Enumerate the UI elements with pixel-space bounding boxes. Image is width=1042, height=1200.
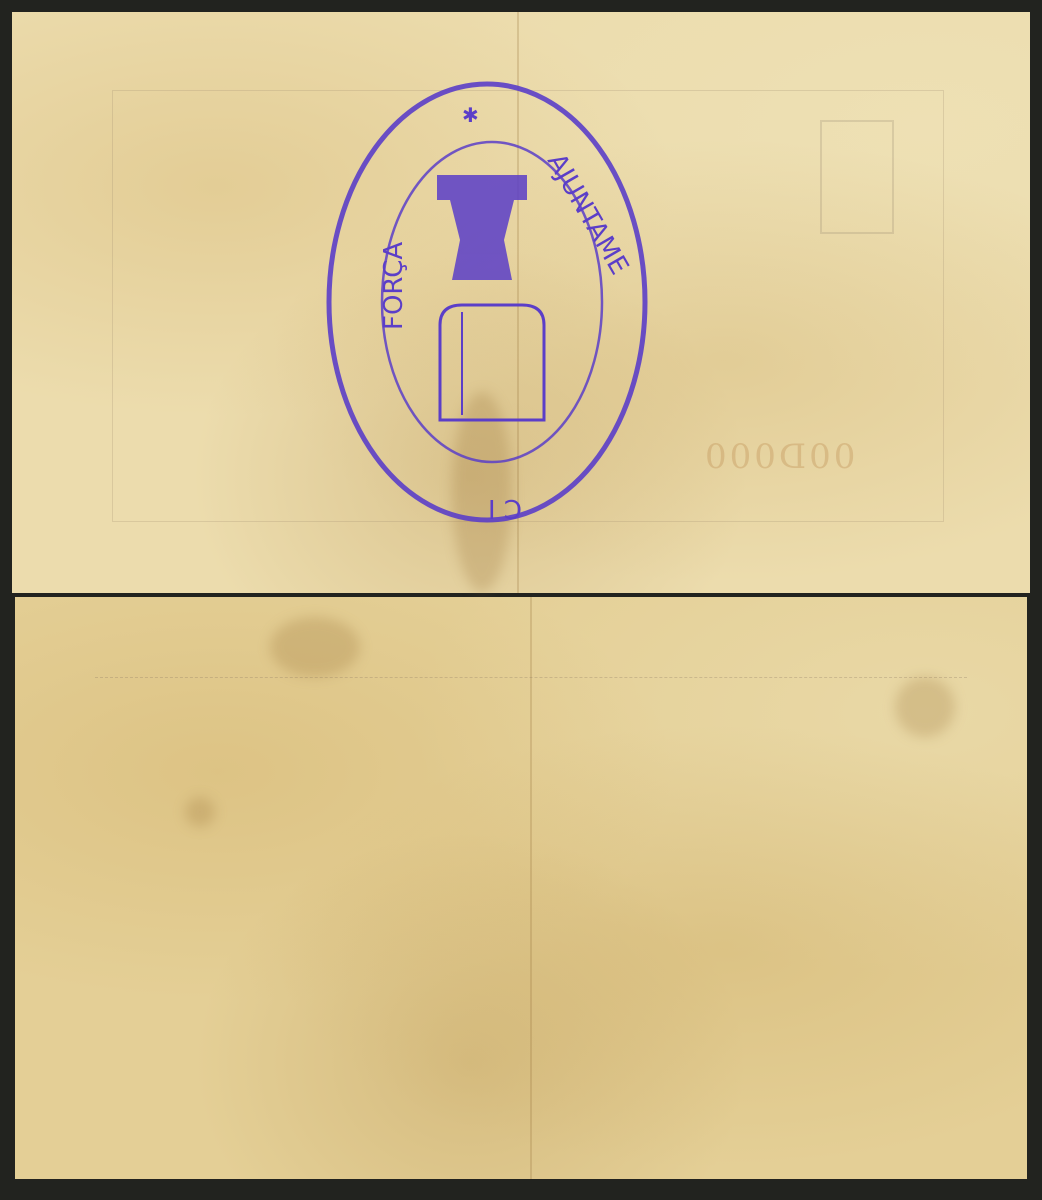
faint-print-line xyxy=(95,677,967,679)
banknote-back xyxy=(15,597,1027,1179)
stamp-text-right: AJUNTAME xyxy=(541,149,634,280)
shield-icon xyxy=(440,305,544,420)
stain xyxy=(270,617,360,677)
stamp-text-left: FORÇA xyxy=(379,242,409,330)
fold-line xyxy=(530,597,532,1179)
denomination-showthrough xyxy=(820,120,894,234)
serial-number-showthrough: 00D000 xyxy=(702,437,855,477)
stamp-text-bottom: C I xyxy=(488,493,522,523)
municipal-stamp: ✱ AJUNTAME FORÇA C I xyxy=(322,80,652,527)
stain xyxy=(895,677,955,737)
tower-icon xyxy=(437,175,527,280)
stain xyxy=(185,797,215,827)
star-ornament: ✱ xyxy=(462,103,479,127)
